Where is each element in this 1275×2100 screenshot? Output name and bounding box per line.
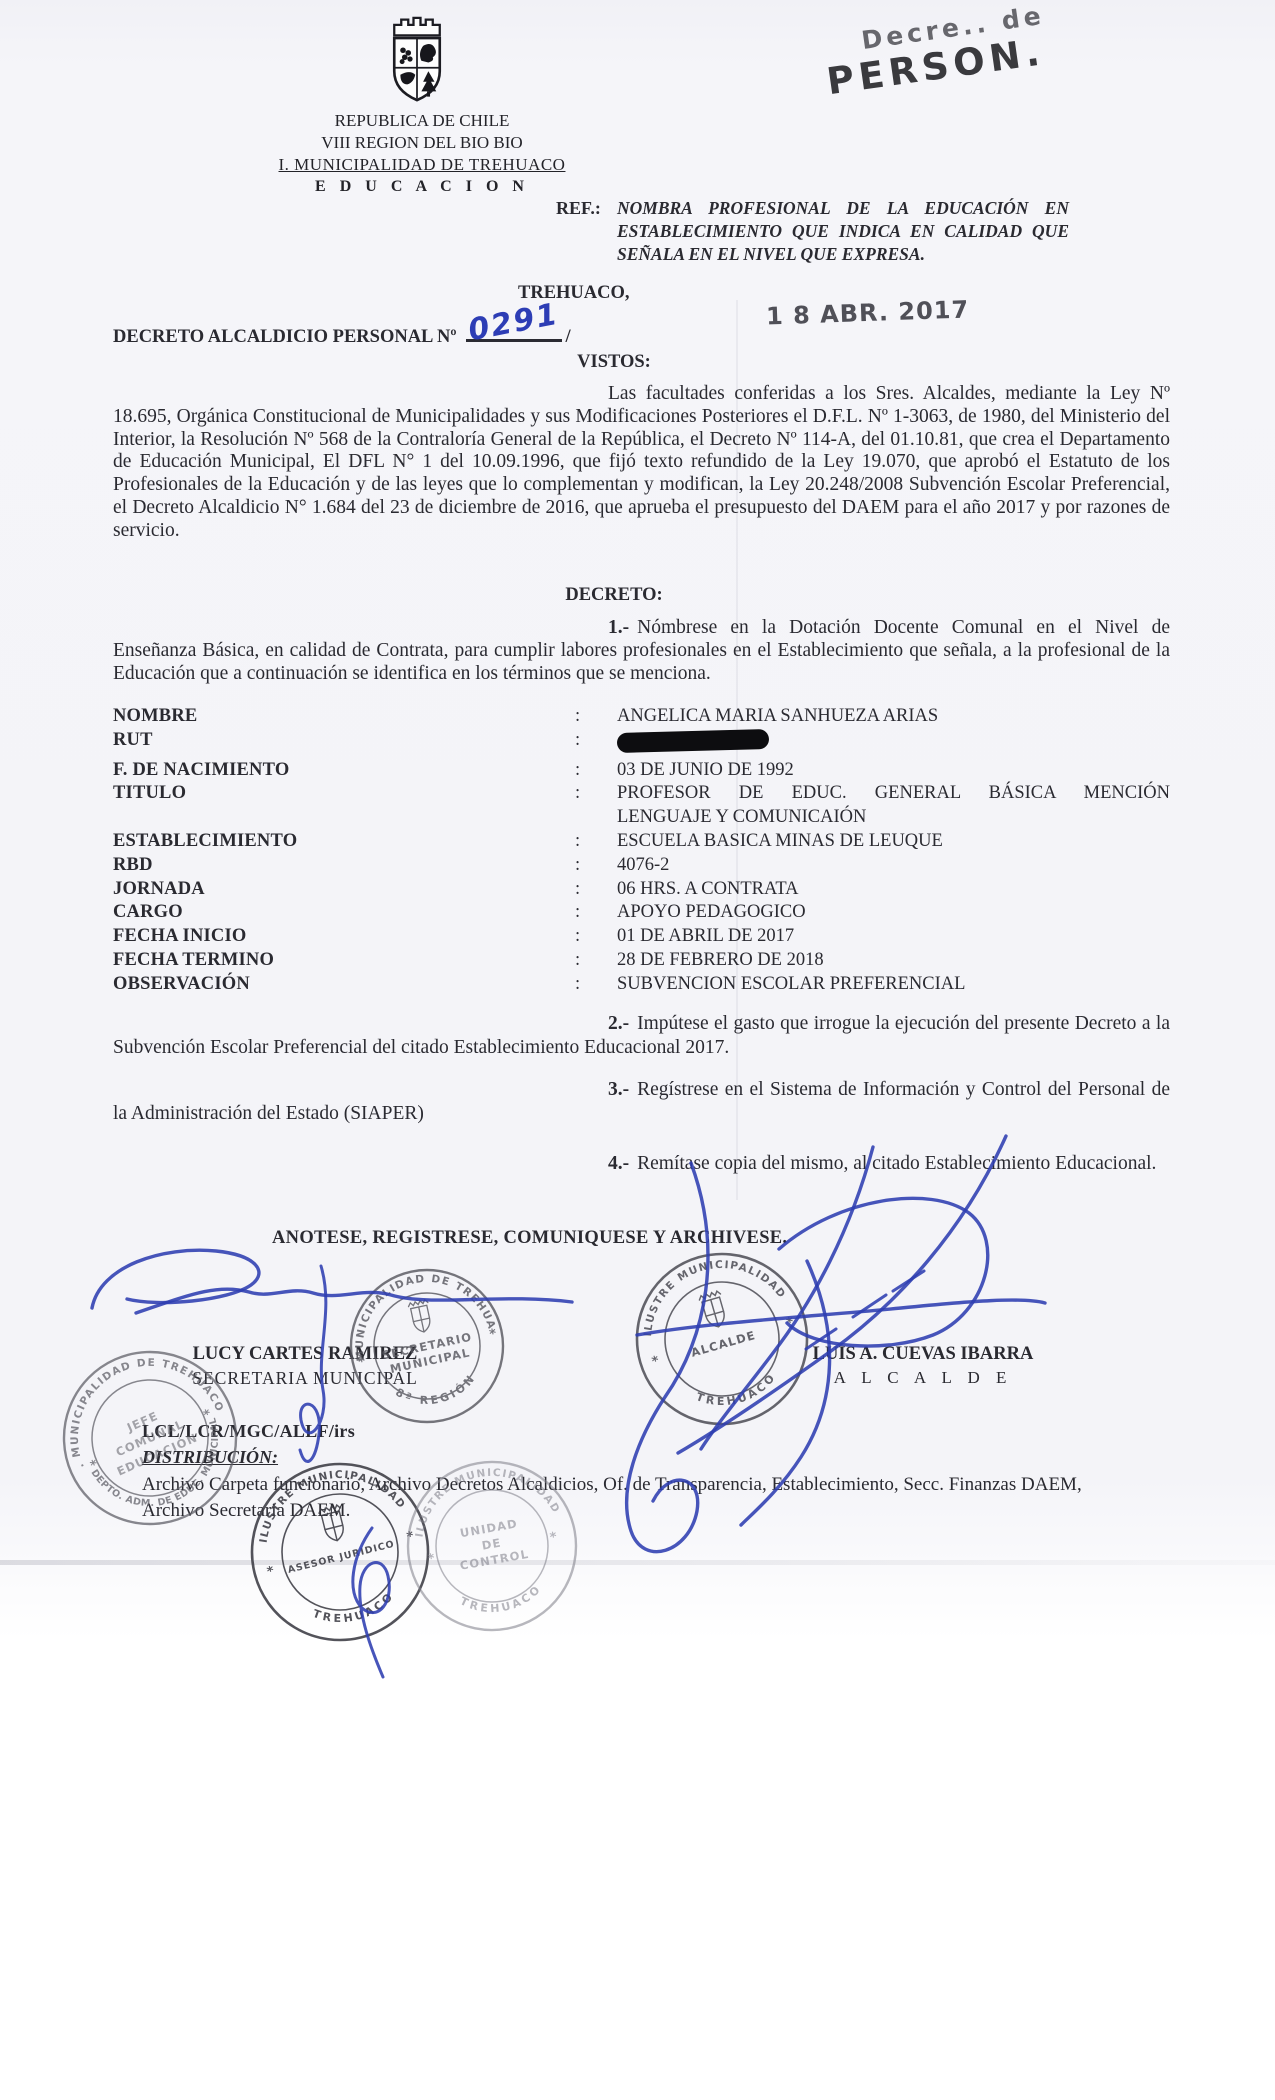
decree-item-3: 3.-Regístrese en el Sistema de Informaci… (113, 1078, 1170, 1126)
coat-of-arms-icon (382, 12, 452, 106)
decree-item-1-number: 1.- (608, 617, 637, 638)
vistos-paragraph: Las facultades conferidas a los Sres. Al… (113, 383, 1170, 543)
secretaria-name: LUCY CARTES RAMIREZ (150, 1342, 460, 1366)
decree-item-2: 2.-Impútese el gasto que irrogue la ejec… (113, 1012, 1170, 1060)
field-row-establecimiento: ESTABLECIMIENTO : ESCUELA BASICA MINAS D… (113, 830, 1170, 854)
signature-block-secretaria: LUCY CARTES RAMIREZ SECRETARIA MUNICIPAL (150, 1342, 460, 1390)
distribution-text: Archivo Carpeta funcionario, Archivo Dec… (142, 1472, 1137, 1524)
decreto-heading: DECRETO: (84, 585, 1144, 606)
letterhead-municipality: I. MUNICIPALIDAD DE TREHUACO (262, 154, 582, 176)
field-row-cargo: CARGO : APOYO PEDAGOGICO (113, 901, 1170, 925)
decree-item-1: 1.-Nómbrese en la Dotación Docente Comun… (113, 617, 1170, 685)
letterhead-region: VIII REGION DEL BIO BIO (262, 132, 582, 154)
scan-artifact-line (0, 1560, 1275, 1565)
field-row-fecha-termino: FECHA TERMINO : 28 DE FEBRERO DE 2018 (113, 949, 1170, 973)
appointment-fields: NOMBRE : ANGELICA MARIA SANHUEZA ARIAS R… (113, 705, 1170, 997)
field-row-nacimiento: F. DE NACIMIENTO : 03 DE JUNIO DE 1992 (113, 759, 1170, 783)
letterhead: REPUBLICA DE CHILE VIII REGION DEL BIO B… (262, 110, 582, 198)
distribution-label: DISTRIBUCIÓN: (142, 1447, 278, 1468)
ref-text: NOMBRA PROFESIONAL DE LA EDUCACIÓN EN ES… (617, 197, 1069, 266)
field-row-fecha-inicio: FECHA INICIO : 01 DE ABRIL DE 2017 (113, 925, 1170, 949)
document-page: REPUBLICA DE CHILE VIII REGION DEL BIO B… (0, 0, 1275, 2100)
secretaria-title: SECRETARIA MUNICIPAL (150, 1366, 460, 1390)
vistos-heading: VISTOS: (84, 352, 1144, 373)
ref-label: REF.: (556, 198, 601, 219)
decree-number-line: DECRETO ALCALDICIO PERSONAL Nº0291/ (113, 319, 571, 348)
decree-item-1-text: Nómbrese en la Dotación Docente Comunal … (113, 617, 1170, 684)
closing-line: ANOTESE, REGISTRESE, COMUNIQUESE Y ARCHI… (272, 1228, 787, 1249)
responsibility-initials: LCL/LCR/MGC/ALLF/irs (142, 1421, 355, 1442)
signature-block-alcalde: LUIS A. CUEVAS IBARRA A L C A L D E (768, 1342, 1078, 1390)
decree-number-label: DECRETO ALCALDICIO PERSONAL Nº (113, 327, 456, 347)
alcalde-title: A L C A L D E (768, 1366, 1078, 1390)
decree-number-blank: 0291 (466, 319, 562, 342)
decree-item-4: 4.-Remítase copia del mismo, al citado E… (113, 1152, 1170, 1176)
letterhead-country: REPUBLICA DE CHILE (262, 110, 582, 132)
alcalde-name: LUIS A. CUEVAS IBARRA (768, 1342, 1078, 1366)
decree-number-slash: / (565, 327, 570, 347)
field-row-nombre: NOMBRE : ANGELICA MARIA SANHUEZA ARIAS (113, 705, 1170, 729)
field-row-rut: RUT : (113, 729, 1170, 759)
field-row-jornada: JORNADA : 06 HRS. A CONTRATA (113, 878, 1170, 902)
field-row-titulo: TITULO : PROFESOR DE EDUC. GENERAL BÁSIC… (113, 782, 1170, 830)
redaction-bar (617, 729, 769, 753)
letterhead-department: E D U C A C I O N (262, 176, 582, 198)
field-row-rbd: RBD : 4076-2 (113, 854, 1170, 878)
field-row-observacion: OBSERVACIÓN : SUBVENCION ESCOLAR PREFERE… (113, 973, 1170, 997)
